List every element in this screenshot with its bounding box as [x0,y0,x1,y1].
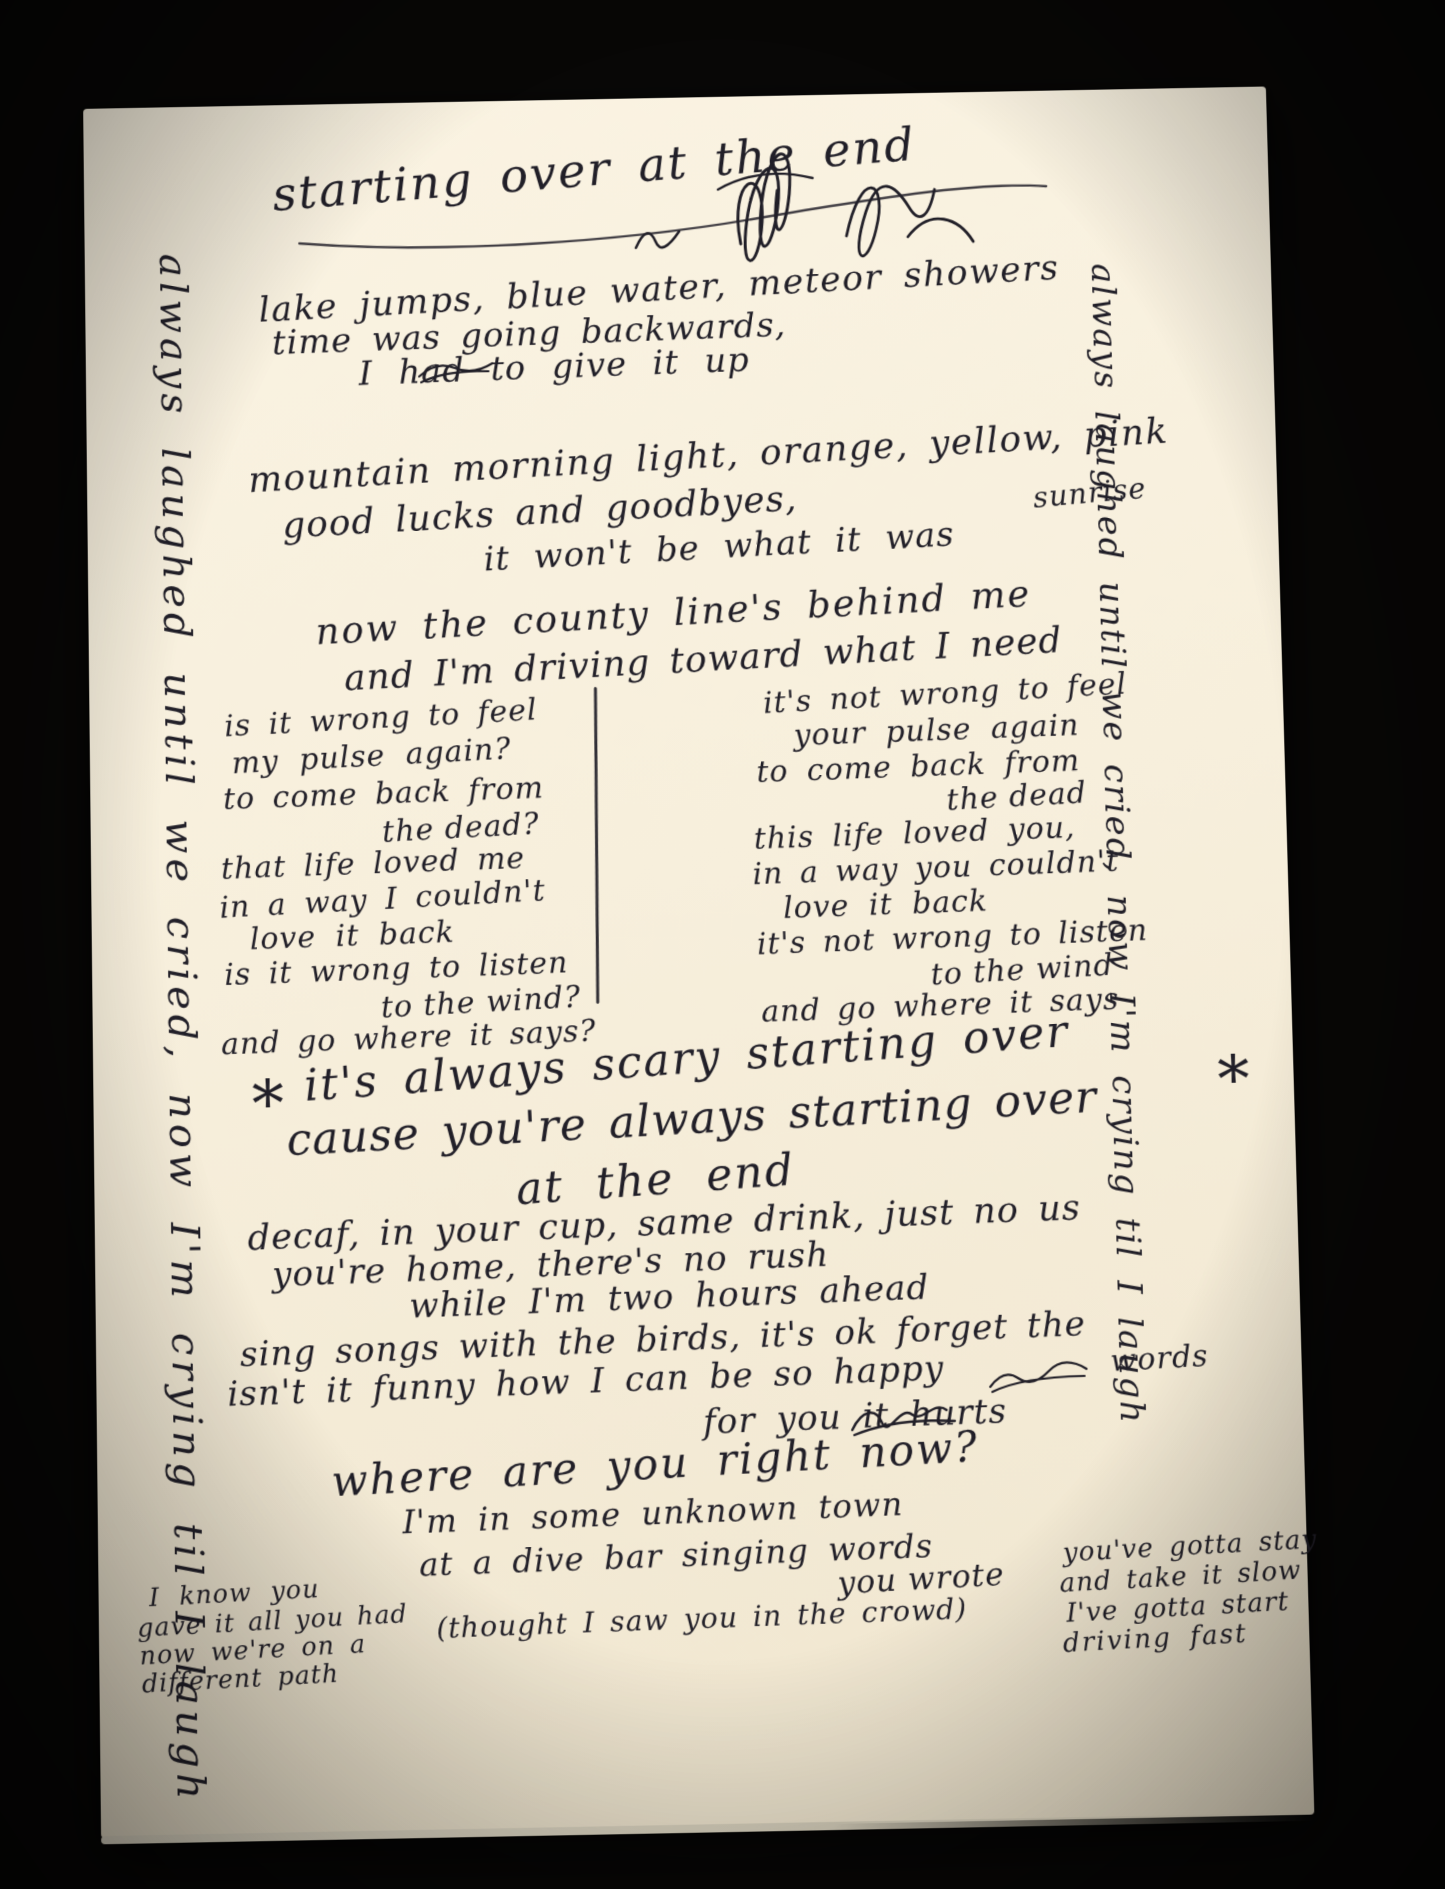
bridge-right-line: love it back [783,886,989,925]
correction-scribble [413,353,499,388]
column-divider-line [594,687,599,1004]
photo-background: starting over at the end lake jumps, blu… [0,0,1445,1889]
chorus-asterisk-right: * [1217,1047,1251,1115]
outro-line: (thought I saw you in the crowd) [436,1594,968,1644]
chorus-asterisk-left: * [251,1072,284,1140]
lyric-sheet-paper: starting over at the end lake jumps, blu… [83,86,1314,1838]
margin-note-left: always laughed until we cried, now I'm c… [150,253,214,1805]
corner-note-right-line: driving fast [1062,1620,1248,1658]
correction-scribble [982,1359,1094,1398]
